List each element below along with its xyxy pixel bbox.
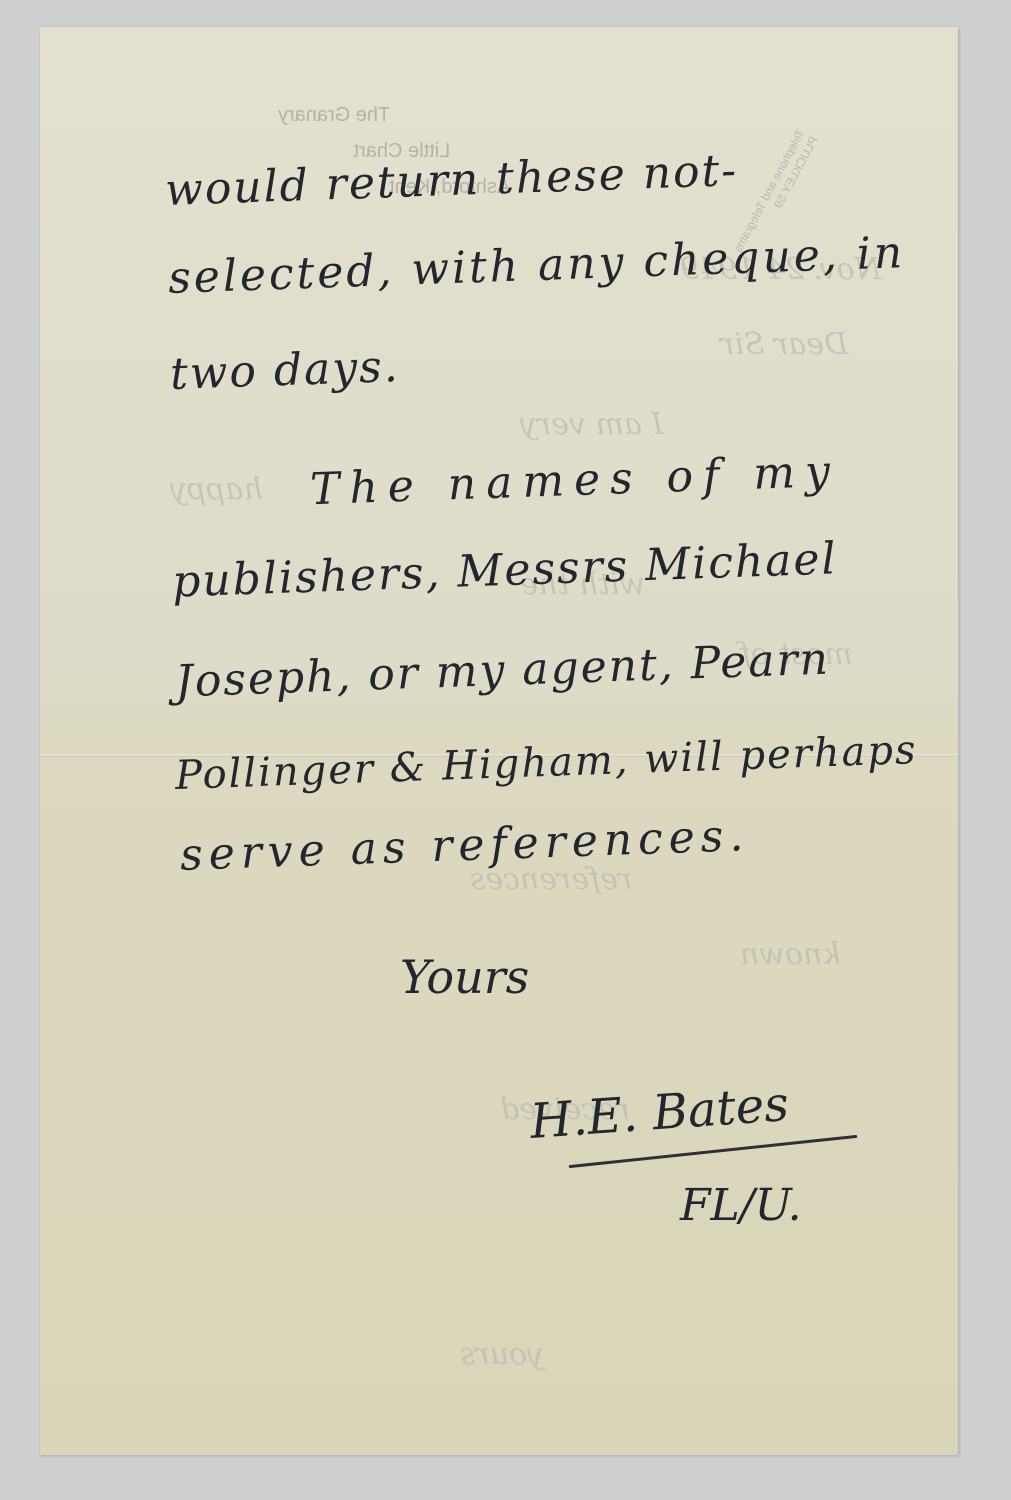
body-line-3: two days.	[169, 341, 400, 400]
filing-annotation: FL/U.	[680, 1180, 802, 1231]
reverse-text-2: Dear Sir	[720, 327, 848, 362]
reverse-text-3: I am very	[520, 407, 663, 442]
reverse-text-10: yours	[460, 1337, 544, 1372]
reverse-text-8: known	[740, 937, 841, 972]
valediction: Yours	[400, 950, 529, 1004]
reverse-text-4: happy	[170, 472, 263, 507]
letterhead-line-1: The Granary	[278, 97, 510, 133]
